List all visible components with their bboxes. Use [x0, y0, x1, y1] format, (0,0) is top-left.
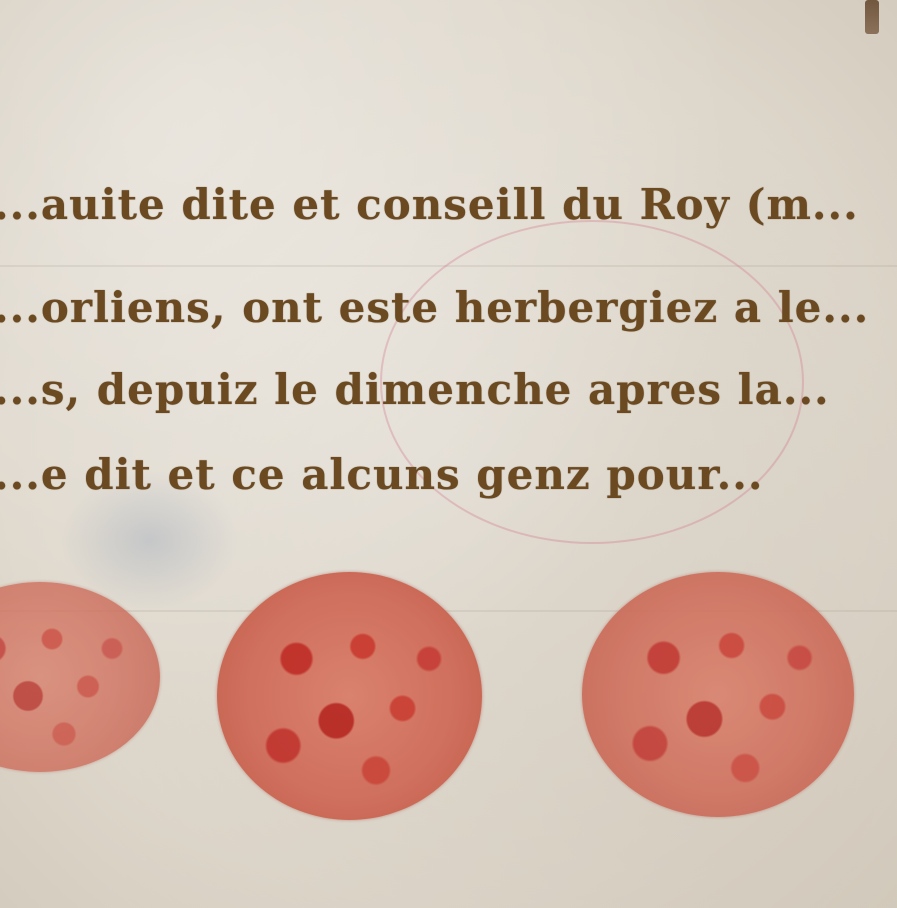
manuscript-line-2: ...orliens, ont este herbergiez a le... — [0, 283, 869, 332]
manuscript-line-3: ...s, depuiz le dimenche apres la... — [0, 365, 830, 414]
ink-mark — [865, 0, 879, 34]
manuscript-line-1: ...auite dite et conseill du Roy (m... — [0, 180, 859, 229]
wax-seal-center — [217, 572, 482, 820]
wax-seal-right — [582, 572, 854, 817]
manuscript-line-4: ...e dit et ce alcuns genz pour... — [0, 450, 763, 499]
